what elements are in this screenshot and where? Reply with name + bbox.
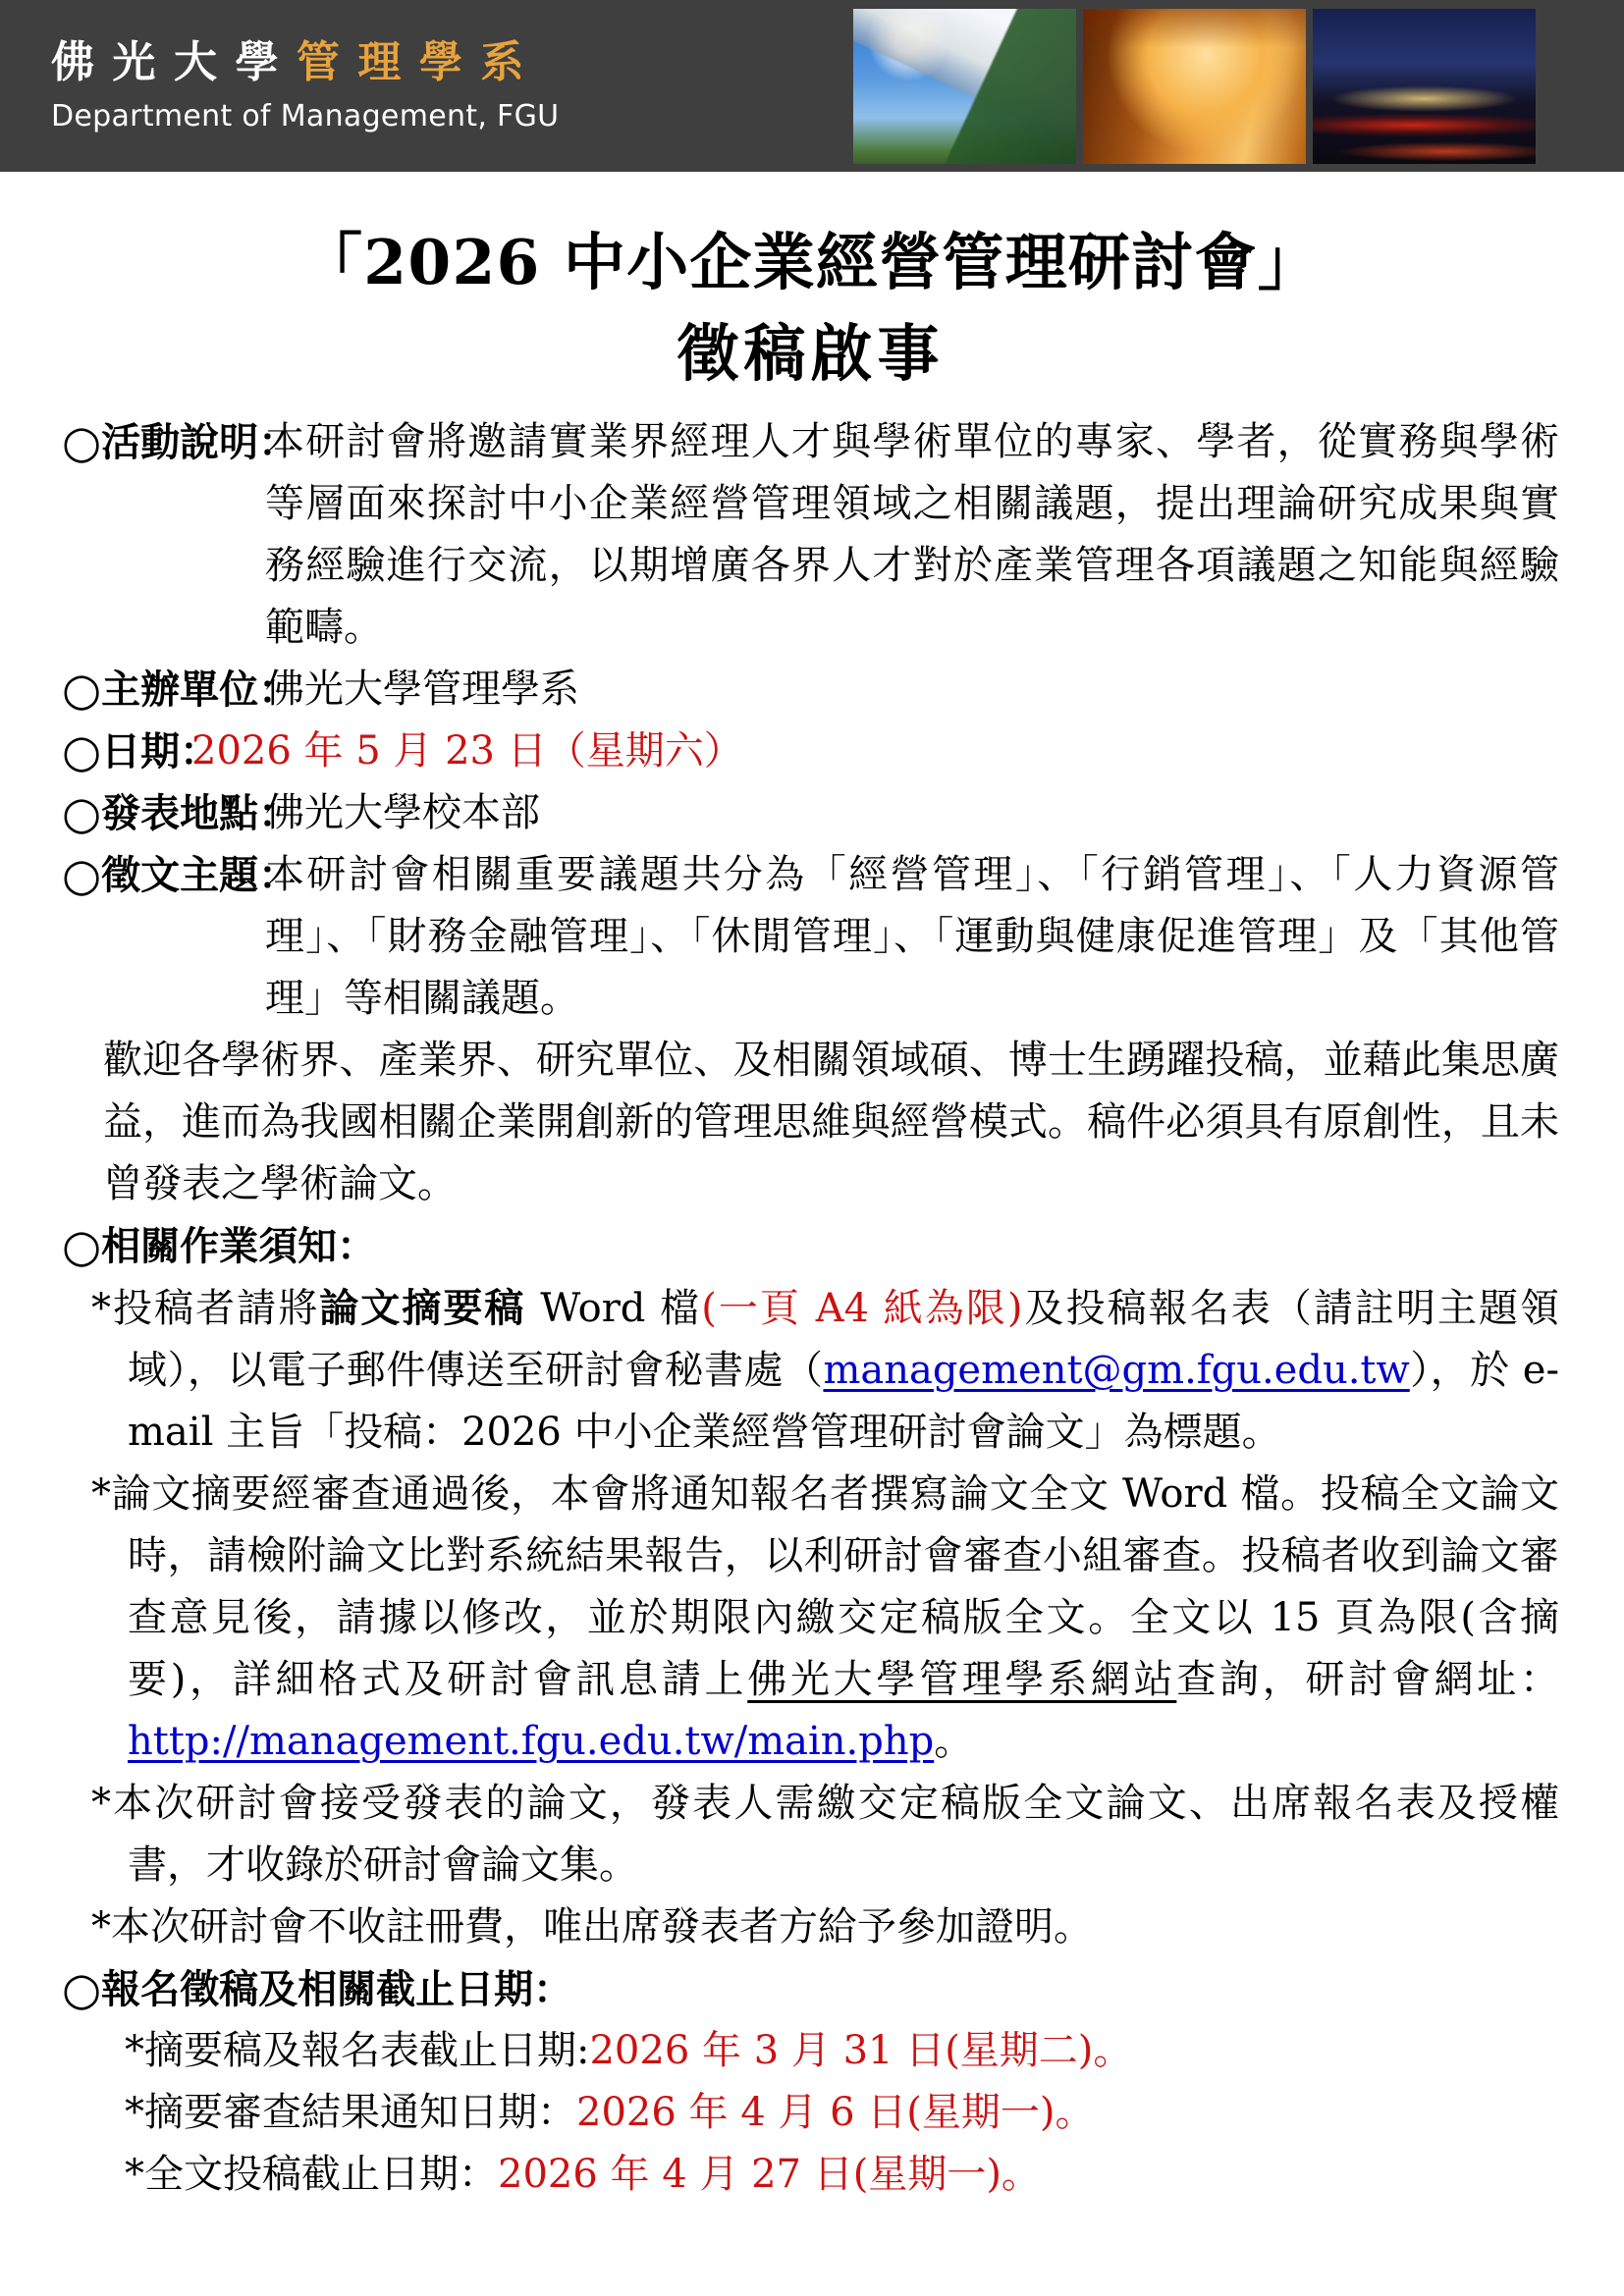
- deadline-abstract-label: 摘要稿及報名表截止日期:: [144, 2028, 589, 2073]
- deadline-review-label: 摘要審查結果通知日期：: [144, 2090, 576, 2135]
- deadline-fulltext-label: 全文投稿截止日期：: [144, 2152, 498, 2197]
- notices-heading-text: 相關作業須知：: [101, 1223, 376, 1269]
- notice1-bold-abstract: 論文摘要稿: [319, 1285, 525, 1331]
- conference-url-link[interactable]: http://management.fgu.edu.tw/main.php: [128, 1719, 934, 1764]
- university-name: 佛光大學: [51, 37, 297, 87]
- circle-bullet-icon: ○: [62, 663, 101, 716]
- topics-label-text: 徵文主題：: [101, 852, 298, 898]
- circle-bullet-icon: ○: [62, 786, 101, 839]
- notice-final-submission: *本次研討會接受發表的論文，發表人需繳交定稿版全文論文、出席報名表及授權書，才收…: [91, 1773, 1559, 1896]
- document-title: 「2026 中小企業經營管理研討會」 徵稿啟事: [62, 213, 1559, 396]
- deadlines-heading: ○報名徵稿及相關截止日期：: [62, 1958, 1559, 2020]
- star-bullet-icon: *: [125, 2152, 144, 2197]
- star-bullet-icon: *: [125, 2028, 144, 2073]
- date-value: 2026 年 5 月 23 日（星期六）: [191, 728, 743, 774]
- campus-building-photo: [853, 9, 1076, 164]
- section-activity: ○活動說明： 本研討會將邀請實業界經理人才與學術單位的專家、學者，從實務與學術等…: [62, 411, 1559, 659]
- date-label-text: 日期：: [101, 728, 219, 774]
- notices-heading: ○相關作業須知：: [62, 1215, 1559, 1277]
- organizer-value: 佛光大學管理學系: [265, 667, 579, 712]
- circle-bullet-icon: ○: [62, 1962, 101, 2015]
- document-page: 佛光大學管理學系 Department of Management, FGU 「…: [0, 0, 1624, 2296]
- venue-value: 佛光大學校本部: [265, 790, 540, 835]
- circle-bullet-icon: ○: [62, 724, 101, 777]
- star-bullet-icon: *: [91, 1471, 111, 1517]
- section-organizer: ○主辦單位： 佛光大學管理學系: [62, 659, 1559, 721]
- notice-fulltext-review: *論文摘要經審查通過後，本會將通知報名者撰寫論文全文 Word 檔。投稿全文論文…: [91, 1464, 1559, 1773]
- topics-label: ○徵文主題：: [62, 844, 298, 906]
- activity-label: ○活動說明：: [62, 411, 298, 473]
- notice2-post: 。: [934, 1719, 973, 1764]
- notice3-text: 本次研討會接受發表的論文，發表人需繳交定稿版全文論文、出席報名表及授權書，才收錄…: [111, 1781, 1559, 1888]
- star-bullet-icon: *: [91, 1781, 111, 1826]
- section-venue: ○發表地點： 佛光大學校本部: [62, 782, 1559, 844]
- notice-no-fee: *本次研討會不收註冊費，唯出席發表者方給予參加證明。: [91, 1896, 1559, 1958]
- topics-text: 本研討會相關重要議題共分為「經營管理」、「行銷管理」、「人力資源管理」、「財務金…: [265, 852, 1559, 1021]
- section-date: ○日期： 2026 年 5 月 23 日（星期六）: [62, 721, 1559, 782]
- notice2-mid: 查詢，研討會網址：: [1176, 1657, 1559, 1702]
- notice1-page-limit: (一頁 A4 紙為限): [701, 1286, 1022, 1331]
- deadline-fulltext-date: 2026 年 4 月 27 日(星期一)。: [498, 2152, 1041, 2197]
- deadline-review-date: 2026 年 4 月 6 日(星期一)。: [576, 2090, 1094, 2135]
- circle-bullet-icon: ○: [62, 1219, 101, 1272]
- deadline-abstract-date: 2026 年 3 月 31 日(星期二)。: [589, 2028, 1132, 2073]
- star-bullet-icon: *: [91, 1904, 111, 1949]
- header-banner: 佛光大學管理學系 Department of Management, FGU: [0, 0, 1624, 172]
- activity-label-text: 活動說明：: [101, 419, 298, 465]
- date-label: ○日期：: [62, 721, 219, 782]
- circle-bullet-icon: ○: [62, 848, 101, 901]
- welcome-paragraph: 歡迎各學術界、產業界、研究單位、及相關領域碩、博士生踴躍投稿，並藉此集思廣益，進…: [103, 1030, 1559, 1215]
- department-title-zh: 佛光大學管理學系: [51, 39, 559, 86]
- organizer-label-text: 主辦單位：: [101, 667, 298, 713]
- campus-night-photo: [1313, 9, 1536, 164]
- circle-bullet-icon: ○: [62, 415, 101, 468]
- secretariat-email-link[interactable]: management@gm.fgu.edu.tw: [823, 1348, 1409, 1393]
- venue-label-text: 發表地點：: [101, 790, 298, 836]
- deadline-fulltext: *全文投稿截止日期：2026 年 4 月 27 日(星期一)。: [125, 2144, 1559, 2206]
- venue-label: ○發表地點：: [62, 782, 298, 844]
- notice4-text: 本次研討會不收註冊費，唯出席發表者方給予參加證明。: [111, 1904, 1093, 1949]
- notice-abstract-submission: *投稿者請將論文摘要稿 Word 檔(一頁 A4 紙為限)及投稿報名表（請註明主…: [91, 1277, 1559, 1464]
- department-name: 管理學系: [297, 37, 542, 87]
- star-bullet-icon: *: [125, 2090, 144, 2135]
- star-bullet-icon: *: [91, 1286, 111, 1331]
- notice1-word-file: Word 檔: [525, 1286, 701, 1331]
- conference-title: 「2026 中小企業經營管理研討會」: [62, 213, 1559, 311]
- deadlines-heading-text: 報名徵稿及相關截止日期：: [101, 1966, 572, 2012]
- section-topics: ○徵文主題： 本研討會相關重要議題共分為「經營管理」、「行銷管理」、「人力資源管…: [62, 844, 1559, 1030]
- notice1-pre: 投稿者請將: [111, 1286, 319, 1331]
- call-for-papers-title: 徵稿啟事: [62, 311, 1559, 396]
- deadline-review-result: *摘要審查結果通知日期：2026 年 4 月 6 日(星期一)。: [125, 2082, 1559, 2144]
- interior-room-photo: [1083, 9, 1306, 164]
- department-title-en: Department of Management, FGU: [51, 100, 559, 133]
- organizer-label: ○主辦單位：: [62, 659, 298, 721]
- deadline-abstract: *摘要稿及報名表截止日期:2026 年 3 月 31 日(星期二)。: [125, 2020, 1559, 2082]
- banner-text-block: 佛光大學管理學系 Department of Management, FGU: [51, 39, 559, 133]
- activity-text: 本研討會將邀請實業界經理人才與學術單位的專家、學者，從實務與學術等層面來探討中小…: [265, 419, 1559, 650]
- banner-photo-strip: [853, 9, 1536, 164]
- notice2-website-name: 佛光大學管理學系網站: [747, 1657, 1176, 1702]
- document-body: 「2026 中小企業經營管理研討會」 徵稿啟事 ○活動說明： 本研討會將邀請實業…: [0, 172, 1624, 2206]
